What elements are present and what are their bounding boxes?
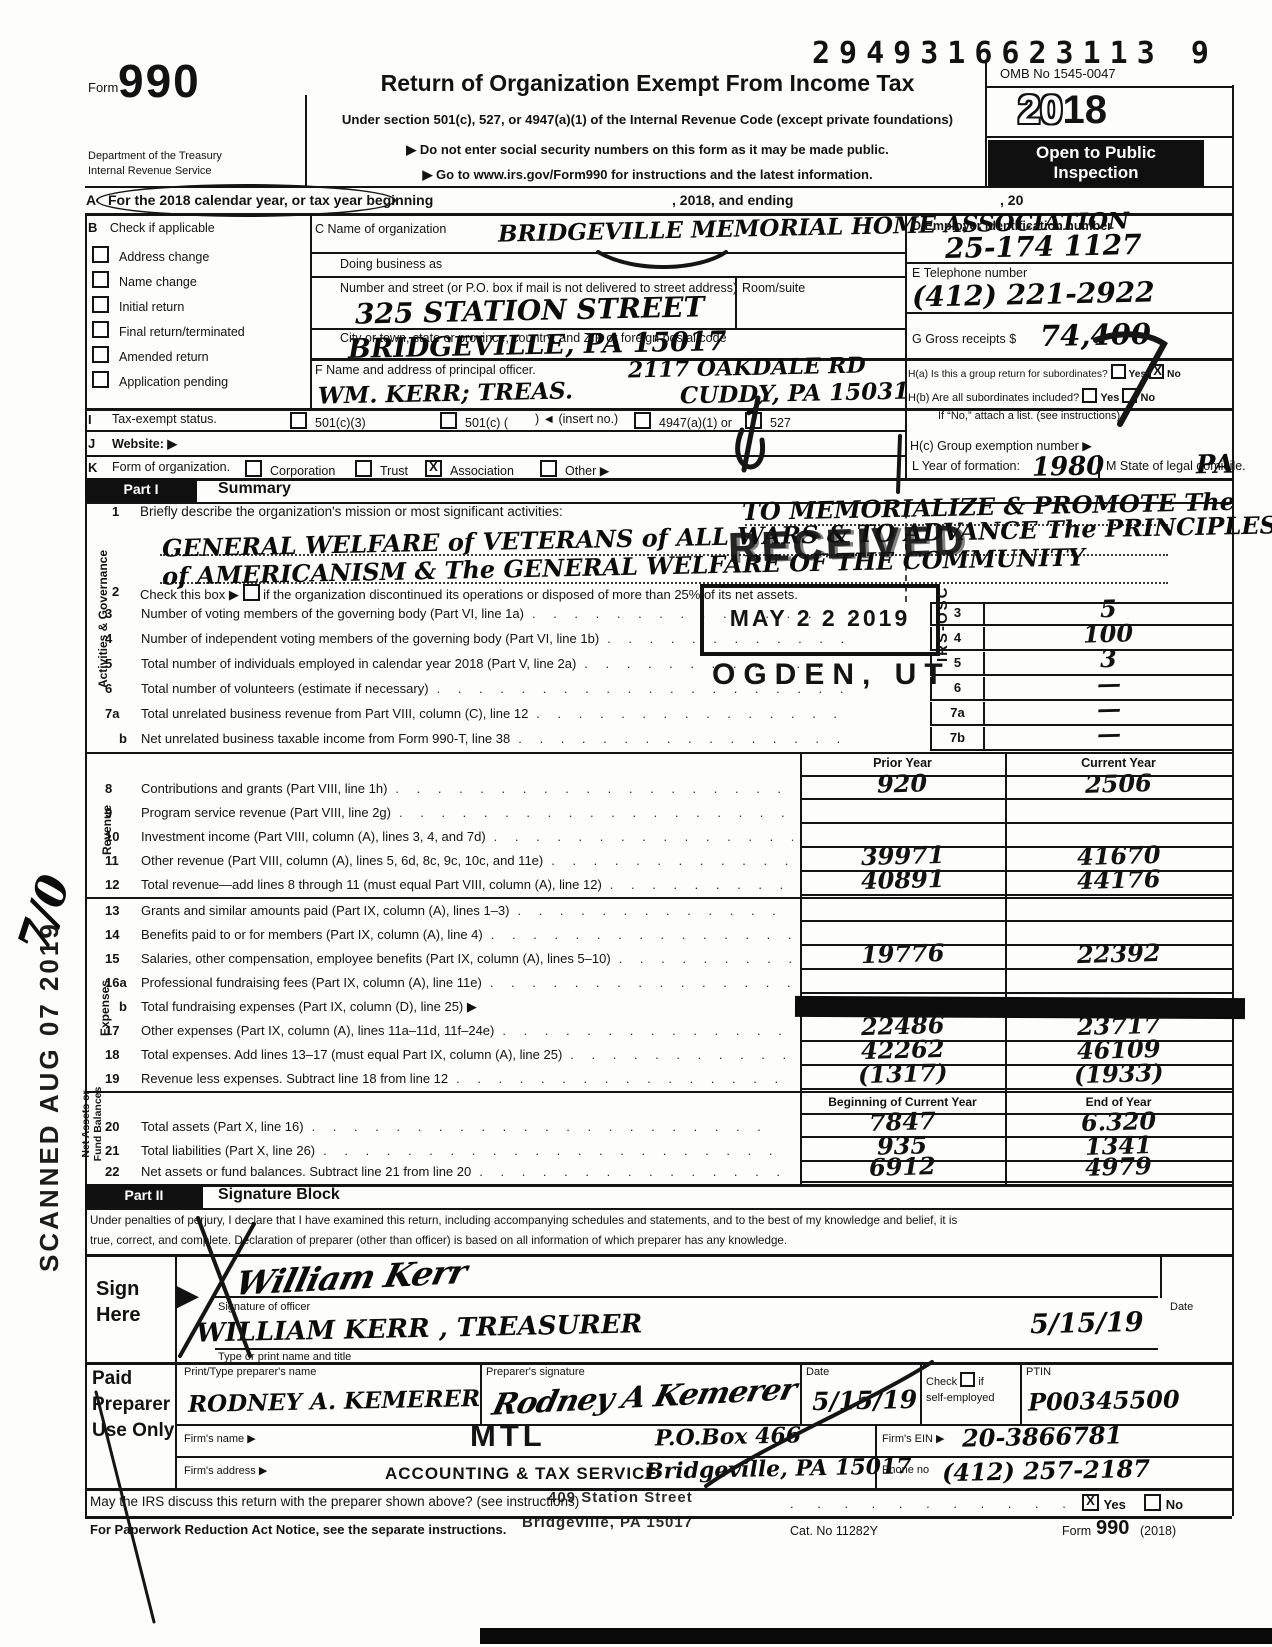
discuss-yes-label: Yes [1103,1497,1125,1512]
association-checkbox: X [425,460,442,477]
4947a1-label: 4947(a)(1) or [659,416,732,430]
address-change-checkbox [92,246,109,263]
name-change-checkbox [92,271,109,288]
firm-city-value: Bridgeville, PA 15017 [645,1453,912,1485]
current-year-value: 2506 [1085,774,1152,794]
leader-dots: . . . . . . . . . . . . . . . . . . . . … [387,781,793,796]
org-name-label: C Name of organization [315,222,446,236]
year-solid: 18 [1063,88,1108,132]
form-title: Return of Organization Exempt From Incom… [310,70,985,97]
revenue-side-label: Revenue [100,774,114,886]
form-of-org-label: Form of organization. [112,460,230,474]
summary-row-8: 8 Contributions and grants (Part VIII, l… [105,777,1232,801]
firm-stamp-mtl: MTL [470,1418,546,1454]
room-suite-label: Room/suite [742,281,805,295]
row-label: Grants and similar amounts paid (Part IX… [141,903,509,918]
ha-yes-label: Yes [1129,369,1147,380]
catalog-number: Cat. No 11282Y [790,1524,878,1538]
current-year-value: 44176 [1077,870,1161,890]
firms-address-label: Firm's address ▶ [184,1464,267,1477]
handwritten-margin-mark: 7/0 [8,869,80,958]
discuss-yes-x-mark: X [1084,1493,1097,1508]
leader-dots: . . . . . . . . . . . . . . . . . . . . … [486,829,793,844]
hb-no-checkbox [1122,388,1137,403]
form-number: 990 [118,54,201,108]
expenses-side-label: Expenses [98,932,112,1084]
summary-row-9: 9 Program service revenue (Part VIII, li… [105,801,1232,825]
principal-officer-label: F Name and address of principal officer. [315,363,536,377]
checkif-letter: B [88,220,97,235]
part1-title: Summary [218,480,291,498]
association-x-mark: X [427,459,440,474]
summary-row-5: 5 Total number of individuals employed i… [105,652,1232,677]
gross-receipts-label: G Gross receipts $ [912,332,1016,346]
ptin-label: PTIN [1026,1366,1051,1378]
ha-no-x-mark: X [1151,363,1164,378]
current-year-value: (1933) [1074,1064,1164,1084]
row-number: 7a [105,706,139,721]
summary-row-22: 22 Net assets or fund balances. Subtract… [105,1160,1232,1184]
summary-row-6: 6 Total number of volunteers (estimate i… [105,677,1232,702]
underline-curve-mark [598,252,726,267]
checkbox-final-return: Final return/terminated [92,321,245,341]
preparer-word: Preparer [92,1394,170,1416]
row-number: 20 [105,1119,139,1134]
perjury-statement-line1: Under penalties of perjury, I declare th… [90,1214,1232,1227]
preparer-name-label: Print/Type preparer's name [184,1366,316,1378]
row-label: Salaries, other compensation, employee b… [141,951,611,966]
row-value: — [1096,700,1120,719]
initial-return-label: Initial return [119,300,184,314]
leader-dots: . . . . . . . . . . . . . . . . . . . . … [528,706,853,721]
row-number: 21 [105,1143,139,1158]
date-label: Date [1170,1301,1193,1313]
application-pending-label: Application pending [119,375,228,389]
ha-label: H(a) Is this a group return for subordin… [908,369,1108,380]
received-stamp: RECEIVED [727,516,967,572]
current-year-value: 23717 [1077,1016,1161,1036]
end-year-value: 4979 [1085,1157,1152,1177]
row-a-letter: A [86,192,96,208]
preparer-signature-label: Preparer's signature [486,1366,585,1378]
prior-year-value: 22486 [861,1016,945,1036]
leader-dots: . . . . . . . . . . . . . . . . . . . . … [494,1023,793,1038]
corporation-label: Corporation [270,464,335,478]
discuss-no-checkbox [1144,1494,1161,1511]
discuss-yes-checkbox: X [1082,1494,1099,1511]
other-checkbox [540,460,557,477]
summary-row-7a: 7a Total unrelated business revenue from… [105,702,1232,727]
row-label: Number of voting members of the governin… [141,606,524,621]
firms-ein-value: 20-3866781 [962,1420,1123,1452]
ha-no-label: No [1167,369,1181,380]
irs-label: Internal Revenue Service [88,165,212,177]
open-to-public-badge: Open to Public Inspection [988,140,1204,186]
discontinued-checkbox [243,584,260,601]
preparer-date-value: 5/15/19 [812,1385,918,1416]
received-date-stamp: MAY 2 2 2019 [704,588,936,632]
firm-phone-value: (412) 257-2187 [942,1454,1151,1487]
hb-note: If “No,” attach a list. (see instruction… [938,410,1120,422]
current-year-value: 41670 [1077,846,1161,866]
row-a-text2: , 2018, and ending [672,192,793,208]
line2-pre: Check this box ▶ [140,587,239,602]
website-label: Website: ▶ [112,436,177,451]
handwritten-tick-mark [898,436,900,492]
net-assets-side-label: Net Assets or Fund Balances [80,1064,104,1184]
prior-year-column-header: Prior Year [800,756,1005,770]
row-label: Benefits paid to or for members (Part IX… [141,927,483,942]
row-label: Total revenue—add lines 8 through 11 (mu… [141,877,602,892]
paperwork-notice: For Paperwork Reduction Act Notice, see … [90,1522,506,1537]
527-handwritten-check: ✓ [742,394,763,423]
prior-year-value: (1317) [858,1064,948,1084]
prior-year-value: 42262 [861,1040,945,1060]
trust-checkbox [355,460,372,477]
beginning-year-value: 7847 [869,1112,936,1132]
row-label: Other expenses (Part IX, column (A), lin… [141,1023,494,1038]
year-outline: 20 [1018,88,1063,132]
received-date-stamp-box: MAY 2 2 2019 [700,584,940,656]
row-box-number: 7b [930,727,985,751]
row-label: Contributions and grants (Part VIII, lin… [141,781,387,796]
open-to-public-line2: Inspection [988,163,1204,183]
row-label: Net unrelated business taxable income fr… [141,731,510,746]
leader-dots: . . . . . . . . . . . . . . . . . . . . … [482,975,793,990]
row-value: 100 [1083,624,1134,643]
summary-row-7b: b Net unrelated business taxable income … [105,727,1232,752]
row-number: 4 [105,631,139,646]
hb-yes-checkbox [1082,388,1097,403]
self-employed-checkbox [960,1372,975,1387]
checkbox-application-pending: Application pending [92,371,228,391]
row-box-number: 7a [930,702,985,726]
prior-year-value: 920 [877,774,928,793]
row-value: — [1096,675,1120,694]
firm-stamp-city-overlay: Bridgeville, PA 15017 [522,1514,693,1531]
row-number: 22 [105,1164,139,1179]
net-assets-side-label-line1: Net Assets or [80,1064,92,1184]
ogden-ut-stamp: OGDEN, UT [712,658,951,692]
year-of-formation-label: L Year of formation: [912,459,1020,473]
leader-dots: . . . . . . . . . . . . . . . . . . . . … [611,951,793,966]
ssn-warning-note: ▶ Do not enter social security numbers o… [310,142,985,158]
signature-of-officer-label: Signature of officer [218,1301,310,1313]
scan-edge-artifact [480,1628,1272,1644]
summary-row-14: 14 Benefits paid to or for members (Part… [105,923,1232,947]
row-label: Professional fundraising fees (Part IX, … [141,975,482,990]
501c-label: 501(c) ( [465,416,508,430]
prior-year-value: 19776 [861,944,945,964]
if-word: if [978,1376,984,1388]
firms-name-label: Firm's name [184,1433,244,1445]
officer-address2-value: CUDDY, PA 15031 [680,378,910,410]
street-value: 325 STATION STREET [355,290,705,330]
end-year-value: 6.320 [1081,1112,1157,1132]
preparer-signature-value: Rodney A Kemerer [489,1372,800,1423]
use-only-word: Use Only [92,1420,174,1442]
check-word: Check [926,1376,957,1388]
preparer-date-label: Date [806,1366,829,1378]
527-label: 527 [770,416,791,430]
row-label: Total expenses. Add lines 13–17 (must eq… [141,1047,562,1062]
prior-year-value: 39971 [861,846,945,866]
4947a1-checkbox [634,412,651,429]
leader-dots: . . . . . . . . . . . . . . . . . . . . … [471,1164,793,1179]
leader-dots: . . . . . . . . . . . . . . . . . . . . … [562,1047,793,1062]
handwritten-loop-mark [738,430,763,467]
501c3-checkbox [290,412,307,429]
row-value: — [1096,725,1120,744]
line1-number: 1 [112,504,119,519]
part2-tab: Part II [85,1184,203,1208]
summary-row-10: 10 Investment income (Part VIII, column … [105,825,1232,849]
footer-form-number: 990 [1096,1517,1129,1540]
preparer-name-value: RODNEY A. KEMERER [188,1385,481,1418]
current-year-value: 22392 [1077,944,1161,964]
ha-yes-checkbox [1111,364,1126,379]
leader-dots: . . . . . . . . . . . . . . . . . . . . … [483,927,793,942]
row-label: Program service revenue (Part VIII, line… [141,805,391,820]
irs-osc-stamp: IRS-OSC [934,585,951,662]
row-number: 5 [105,656,139,671]
here-word: Here [96,1304,140,1327]
amended-return-checkbox [92,346,109,363]
row-number: 6 [105,681,139,696]
telephone-value: (412) 221-2922 [912,275,1155,313]
leader-dots: . . . . . . . . . . . . . . . . . . . . … [543,853,793,868]
mission-label: Briefly describe the organization's miss… [140,504,563,519]
hc-label: H(c) Group exemption number ▶ [910,438,1092,453]
dba-label: Doing business as [340,257,442,271]
501c3-label: 501(c)(3) [315,416,366,430]
ptin-value: P00345500 [1028,1384,1180,1416]
row-value: 5 [1100,600,1117,618]
goto-irs-note: ▶ Go to www.irs.gov/Form990 for instruct… [310,167,985,183]
footer-form-year: (2018) [1140,1524,1176,1538]
row-k-letter: K [88,460,97,475]
phone-no-label: Phone no [882,1464,929,1476]
hb-no-label: No [1140,392,1155,404]
prior-year-value: 40891 [861,870,945,890]
current-year-column-header: Current Year [1005,756,1232,770]
firm-stamp-street-overlay: 409 Station Street [548,1489,693,1506]
summary-row-16a: 16a Professional fundraising fees (Part … [105,971,1232,995]
row-label: Number of independent voting members of … [141,631,599,646]
checkbox-address-change: Address change [92,246,209,266]
leader-dots: . . . . . . . . . . . . . . . . . . . . … [509,903,793,918]
row-label: Other revenue (Part VIII, column (A), li… [141,853,543,868]
gross-receipts-value: 74,400 [1040,317,1152,353]
footer-form-word: Form [1062,1524,1091,1538]
trust-label: Trust [380,464,408,478]
summary-row-13: 13 Grants and similar amounts paid (Part… [105,899,1232,923]
summary-row-19: 19 Revenue less expenses. Subtract line … [105,1067,1232,1091]
officer-sign-date: 5/15/19 [1030,1307,1144,1340]
501c-checkbox [440,412,457,429]
ha-no-checkbox: X [1149,364,1164,379]
final-return-checkbox [92,321,109,338]
self-employed-label: self-employed [926,1392,994,1404]
current-year-value: 46109 [1077,1040,1161,1060]
omb-number: OMB No 1545-0047 [1000,66,1116,81]
row-label: Total assets (Part X, line 16) [141,1119,304,1134]
officer-typed-name: WILLIAM KERR , TREASURER [196,1309,643,1348]
leader-dots: . . . . . . . . . . . . . . . . . . . . … [391,805,793,820]
row-a-text3: , 20 [1000,192,1023,208]
sign-word: Sign [96,1278,139,1301]
tax-exempt-status-label: Tax-exempt status. [112,412,217,426]
form-subtitle: Under section 501(c), 527, or 4947(a)(1)… [305,112,990,127]
sign-here-arrow-icon: ▶ [176,1278,199,1313]
amended-return-label: Amended return [119,350,209,364]
row-label: Net assets or fund balances. Subtract li… [141,1164,471,1179]
firms-ein-label: Firm's EIN ▶ [882,1432,945,1445]
summary-row-20: 20 Total assets (Part X, line 16). . . .… [105,1115,1232,1139]
row-label: Total number of individuals employed in … [141,656,576,671]
final-return-label: Final return/terminated [119,325,245,339]
name-change-label: Name change [119,275,197,289]
summary-row-18: 18 Total expenses. Add lines 13–17 (must… [105,1043,1232,1067]
summary-row-3: 3 Number of voting members of the govern… [105,602,1232,627]
summary-row-4: 4 Number of independent voting members o… [105,627,1232,652]
line2-number: 2 [112,584,119,599]
summary-row-11: 11 Other revenue (Part VIII, column (A),… [105,849,1232,873]
ein-value: 25-174 1127 [945,228,1142,265]
insert-no-label: ) ◄ (insert no.) [535,412,618,426]
discuss-no-label: No [1166,1497,1183,1512]
checkbox-initial-return: Initial return [92,296,184,316]
form-990-scanned-page: 2949316623113 9 Form 990 Return of Organ… [0,0,1272,1647]
application-pending-checkbox [92,371,109,388]
perjury-statement-line2: true, correct, and complete. Declaration… [90,1234,1232,1247]
officer-name-value: WM. KERR; TREAS. [318,377,573,409]
hb-label: H(b) Are all subordinates included? [908,392,1079,404]
row-number: 3 [105,606,139,621]
address-change-label: Address change [119,250,209,264]
other-label: Other ▶ [565,464,609,478]
checkif-title: Check if applicable [110,221,215,235]
summary-row-17: 17 Other expenses (Part IX, column (A), … [105,1019,1232,1043]
leader-dots: . . . . . . . . . . . . . . . . . . . . … [510,731,853,746]
row-label: Total fundraising expenses (Part IX, col… [141,999,477,1015]
row-number: 13 [105,903,139,918]
checkbox-amended-return: Amended return [92,346,209,366]
activities-governance-side-label: Activities & Governance [96,500,110,738]
summary-row-12: 12 Total revenue—add lines 8 through 11 … [105,873,1232,897]
association-label: Association [450,464,514,478]
leader-dots: . . . . . . . . . . . . . . . . . . . . … [790,1496,1070,1511]
row-value: 3 [1100,650,1117,668]
row-label: Total number of volunteers (estimate if … [141,681,429,696]
leader-dots: . . . . . . . . . . . . . . . . . . . . … [315,1143,793,1158]
state-of-domicile-value: PA [1196,450,1234,481]
hb-yes-label: Yes [1100,392,1119,404]
initial-return-checkbox [92,296,109,313]
checkbox-name-change: Name change [92,271,197,291]
row-label: Total unrelated business revenue from Pa… [141,706,528,721]
net-assets-side-label-line2: Fund Balances [92,1064,104,1184]
firm-stamp-accounting: ACCOUNTING & TAX SERVICE [385,1464,658,1484]
beginning-year-value: 6912 [869,1157,936,1177]
firms-name-arrow-icon: ▶ [247,1433,255,1445]
open-to-public-line1: Open to Public [988,140,1204,163]
row-label: Total liabilities (Part X, line 26) [141,1143,315,1158]
leader-dots: . . . . . . . . . . . . . . . . . . . . … [602,877,793,892]
leader-dots: . . . . . . . . . . . . . . . . . . . . … [448,1071,793,1086]
corporation-checkbox [245,460,262,477]
row-label: Investment income (Part VIII, column (A)… [141,829,486,844]
part1-tab: Part I [85,478,197,502]
dept-treasury-label: Department of the Treasury [88,150,222,162]
row-i-letter: I [88,412,92,427]
irs-discuss-question: May the IRS discuss this return with the… [90,1494,579,1509]
paid-word: Paid [92,1368,132,1390]
part2-title: Signature Block [218,1186,340,1204]
row-label: Revenue less expenses. Subtract line 18 … [141,1071,448,1086]
firm-po-box-value: P.O.Box 466 [655,1422,802,1451]
row-j-letter: J [88,436,95,451]
leader-dots: . . . . . . . . . . . . . . . . . . . . … [304,1119,793,1134]
summary-row-15: 15 Salaries, other compensation, employe… [105,947,1232,971]
form-word: Form [88,80,118,95]
